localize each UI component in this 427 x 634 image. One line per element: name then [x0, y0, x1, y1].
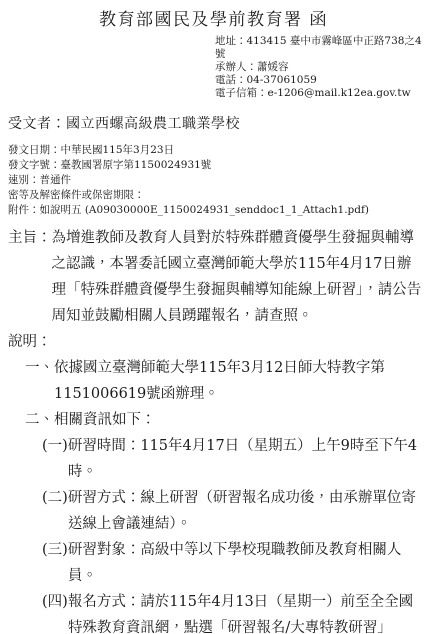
- official-letter-page: 教育部國民及學前教育署 函 地址：413415 臺中市霧峰區中正路738之4號 …: [0, 8, 427, 634]
- subject-text: 為增進教師及教育人員對於特殊群體資優學生發掘與輔導之認識，本署委託國立臺灣師範大…: [52, 225, 424, 329]
- subitem-text: 研習時間：115年4月17日（星期五）上午9時至下午4時。: [68, 433, 423, 485]
- priority-line: 速別：普通件: [8, 173, 423, 188]
- security-level-line: 密等及解密條件或保密期限：: [8, 188, 423, 203]
- letter-body: 主旨： 為增進教師及教育人員對於特殊群體資優學生發掘與輔導之認識，本署委託國立臺…: [8, 225, 423, 634]
- document-meta-block: 發文日期：中華民國115年3月23日 發文字號：臺教國署原字第115002493…: [8, 143, 423, 218]
- document-title: 教育部國民及學前教育署 函: [0, 8, 427, 32]
- subject-label: 主旨：: [8, 225, 52, 251]
- subitem-label: (二): [42, 485, 68, 511]
- subitem-text: 報名方式：請於115年4月13日（星期一）前至全全國特殊教育資訊網，點選「研習報…: [68, 589, 423, 634]
- subject-section: 主旨： 為增進教師及教育人員對於特殊群體資優學生發掘與輔導之認識，本署委託國立臺…: [8, 225, 423, 329]
- item-label: 一、: [25, 355, 54, 381]
- explanation-item-2: 二、 相關資訊如下：: [8, 407, 423, 433]
- explanation-subitem-2: (二) 研習方式：線上研習（研習報名成功後，由承辦單位寄送線上會議連結）。: [8, 485, 423, 537]
- agency-contact-block: 地址：413415 臺中市霧峰區中正路738之4號 承辦人：蕭媛容 電話：04-…: [215, 35, 423, 100]
- explanation-subitem-1: (一) 研習時間：115年4月17日（星期五）上午9時至下午4時。: [8, 433, 423, 485]
- contact-email-line: 電子信箱：e-1206@mail.k12ea.gov.tw: [215, 87, 423, 100]
- explanation-item-1: 一、 依據國立臺灣師範大學115年3月12日師大特教字第1151006619號函…: [8, 355, 423, 407]
- contact-person-line: 承辦人：蕭媛容: [215, 61, 423, 74]
- attachment-line: 附件：如說明五 (A09030000E_1150024931_senddoc1_…: [8, 203, 423, 218]
- subitem-label: (四): [42, 589, 68, 615]
- explanation-heading: 說明：: [8, 329, 423, 355]
- subitem-text: 研習對象：高級中等以下學校現職教師及教育相關人員。: [68, 537, 423, 589]
- item-text: 相關資訊如下：: [54, 407, 423, 433]
- subitem-label: (三): [42, 537, 68, 563]
- recipient-line: 受文者：國立西螺高級農工職業學校: [8, 114, 427, 134]
- issue-date-line: 發文日期：中華民國115年3月23日: [8, 143, 423, 158]
- subitem-label: (一): [42, 433, 68, 459]
- issue-number-line: 發文字號：臺教國署原字第1150024931號: [8, 158, 423, 173]
- item-label: 二、: [25, 407, 54, 433]
- contact-address-line: 地址：413415 臺中市霧峰區中正路738之4號: [215, 35, 423, 61]
- explanation-subitem-4: (四) 報名方式：請於115年4月13日（星期一）前至全全國特殊教育資訊網，點選…: [8, 589, 423, 634]
- item-text: 依據國立臺灣師範大學115年3月12日師大特教字第1151006619號函辦理。: [54, 355, 423, 407]
- subitem-text: 研習方式：線上研習（研習報名成功後，由承辦單位寄送線上會議連結）。: [68, 485, 423, 537]
- explanation-subitem-3: (三) 研習對象：高級中等以下學校現職教師及教育相關人員。: [8, 537, 423, 589]
- contact-phone-line: 電話：04-37061059: [215, 74, 423, 87]
